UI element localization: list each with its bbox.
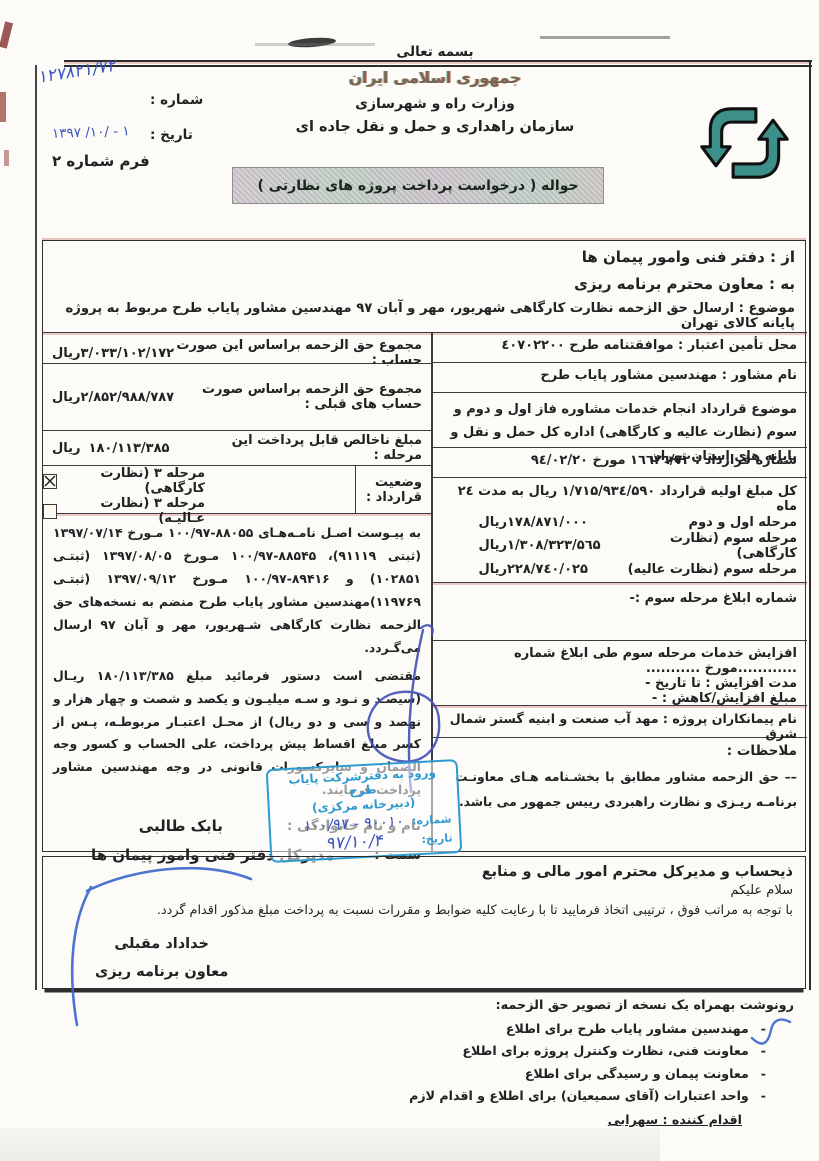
stage3-notice-cell: شماره ابلاغ مرحله سوم :-	[431, 583, 807, 641]
scan-streak	[540, 36, 670, 39]
cc-item: - معاونت پیمان و رسیدگی برای اطلاع	[42, 1066, 794, 1081]
contract-number-cell: شماره قرارداد : ۱٦٦۲٦/۷۲ مورخ ۹٤/۰۲/۲۰	[431, 448, 807, 478]
contract-status-cell: وضعیت قرارداد : مرحله ۳ (نظارت کارگاهی)	[43, 466, 431, 514]
dash: -	[761, 1088, 766, 1103]
handler-line: اقدام کننده : سهرابی	[42, 1112, 794, 1127]
remarks-text: –– حق الزحمه مشاور مطابق با بخشـنامه هـا…	[441, 765, 797, 815]
form-number: فرم شماره ۲	[52, 152, 150, 170]
main-form-table: از : دفتر فنی وامور پیمان ها به : معاون …	[42, 240, 806, 852]
previous-invoices-cell: مجموع حق الزحمه براساس صورت حساب های قبل…	[43, 364, 431, 431]
handwritten-date: ۱۳۹۷ /۱۰/ - ۱	[52, 122, 157, 142]
scanned-payment-request-form: ۱۲۷۸۲۱/۷۲ شماره : تاریخ : ۱۳۹۷ /۱۰/ - ۱ …	[0, 0, 819, 1161]
organization-text: سازمان راهداری و حمل و نقل جاده ای	[270, 119, 600, 135]
rial-unit: ریال	[52, 390, 81, 405]
gross-payable-cell: مبلغ ناخالص قابل پرداخت این مرحله : ۱۸۰/…	[43, 431, 431, 466]
current-invoice-cell: مجموع حق الزحمه براساس این صورت حساب : ۳…	[43, 333, 431, 364]
cc-item: - معاونت فنی، نظارت وکنترل پروژه برای اط…	[42, 1043, 794, 1058]
company-entry-stamp: ورود به دفترشرکت پایاب طرح (دبیرخانه مرک…	[266, 759, 463, 863]
cc-item: - مهندسین مشاور پایاب طرح برای اطلاع	[42, 1021, 794, 1036]
to-line: به : معاون محترم برنامه ریزی	[55, 275, 795, 293]
subject-line: موضوع : ارسال حق الزحمه نظارت کارگاهی شه…	[55, 301, 795, 331]
stamp-date-value: ۹۷/۱۰/۴	[325, 831, 385, 854]
cc-list: رونوشت بهمراه یک نسخه از تصویر حق الزحمه…	[42, 998, 794, 1127]
stage-1-2-amount: مرحله اول و دوم ۱۷۸/۸۷۱/۰۰۰ ریال	[441, 515, 797, 530]
increase-amount: مبلغ افزایش/کاهش : -	[441, 691, 797, 706]
consultant-name-cell: نام مشاور : مهندسین مشاور پایاب طرح	[431, 363, 807, 393]
bismillah-text: بسمه تعالی	[270, 44, 600, 60]
form-title-banner: حواله ( درخواست پرداخت پروژه های نظارتی …	[232, 167, 604, 204]
rial-unit: ریال	[52, 346, 81, 361]
scan-bottom-wash	[0, 1128, 660, 1161]
service-increase-cell: افزایش خدمات مرحله سوم طی ابلاغ شماره ..…	[431, 641, 807, 706]
increase-line: افزایش خدمات مرحله سوم طی ابلاغ شماره ..…	[441, 646, 797, 676]
name-value: بابک طالبی	[139, 817, 223, 835]
from-line: از : دفتر فنی وامور پیمان ها	[55, 248, 795, 266]
cc-title: رونوشت بهمراه یک نسخه از تصویر حق الزحمه…	[42, 998, 794, 1013]
previous-invoices-amount: ۲/۸۵۲/۹۸۸/۷۸۷	[81, 390, 175, 405]
gross-payable-label: مبلغ ناخالص قابل پرداخت این مرحله :	[197, 433, 422, 463]
addressing-cell: از : دفتر فنی وامور پیمان ها به : معاون …	[43, 241, 807, 333]
handwritten-ref-number: ۱۲۷۸۲۱/۷۲	[38, 44, 187, 88]
stamp-number-label: شماره:	[412, 812, 452, 827]
remarks-cell: ملاحظات : –– حق الزحمه مشاور مطابق با بخ…	[431, 738, 807, 853]
increase-duration: مدت افزایش : تا تاریخ -	[441, 676, 797, 691]
letterhead: بسمه تعالی جمهوری اسلامی ایران وزارت راه…	[270, 44, 600, 135]
date-label: تاریخ :	[150, 127, 232, 143]
gross-payable-amount: ۱۸۰/۱۱۳/۳۸۵	[89, 441, 170, 456]
contract-subject-cell: موضوع قرارداد انجام خدمات مشاوره فاز اول…	[431, 393, 807, 448]
total-initial-amount: کل مبلغ اولیه قرارداد ۱/۷۱۵/۹۳٤/۵۹۰ ریال…	[441, 484, 797, 514]
stage-3-site-amount: مرحله سوم (نظارت کارگاهی) ۱/۳۰۸/۳۲۳/۵٦۵ …	[441, 531, 797, 561]
remarks-label: ملاحظات :	[441, 743, 797, 759]
rial-unit: ریال	[52, 441, 81, 456]
republic-text: جمهوری اسلامی ایران	[270, 69, 600, 87]
stage-3-high-amount: مرحله سوم (نظارت عالیه) ۲۲۸/۷٤۰/۰۲۵ ریال	[441, 562, 797, 577]
check-pen-mark-icon	[748, 1012, 794, 1054]
status-option-site-supervision: مرحله ۳ (نظارت کارگاهی)	[43, 466, 205, 496]
current-invoice-amount: ۳/۰۳۳/۱۰۲/۱۷۲	[81, 346, 175, 361]
scan-edge-mark	[0, 92, 6, 122]
dash: -	[761, 1066, 766, 1081]
cc-item: - واحد اعتبارات (آقای سمیعیان) برای اطلا…	[42, 1088, 794, 1103]
body-text-cell: به پیـوست اصـل نامـه‌هـای ۸۸۰۵۵-۱۰۰/۹۷ م…	[43, 514, 431, 853]
approval-box: ذیحساب و مدیرکل محترم امور مالی و منابع …	[42, 856, 806, 989]
scan-edge-mark	[0, 21, 13, 48]
checked-x-icon	[44, 475, 56, 487]
number-label: شماره :	[150, 92, 232, 108]
scan-edge-mark	[4, 150, 9, 166]
contract-amounts-cell: کل مبلغ اولیه قرارداد ۱/۷۱۵/۹۳٤/۵۹۰ ریال…	[431, 478, 807, 583]
contractors-cell: نام پیمانکاران پروژه : مهد آب صنعت و ابن…	[431, 706, 807, 738]
ministry-text: وزارت راه و شهرسازی	[270, 96, 600, 112]
status-label: وضعیت قرارداد :	[356, 475, 422, 505]
previous-invoices-label: مجموع حق الزحمه براساس صورت حساب های قبل…	[174, 382, 422, 412]
rmto-logo-icon	[697, 93, 792, 193]
right-frame-line	[809, 60, 811, 990]
checkbox-checked	[43, 474, 57, 489]
credit-source-cell: محل تأمین اعتبار : موافقتنامه طرح ٤٠٧٠٢٢…	[431, 333, 807, 363]
stamp-date-label: تاریخ:	[421, 831, 453, 846]
left-frame-line	[35, 65, 37, 990]
